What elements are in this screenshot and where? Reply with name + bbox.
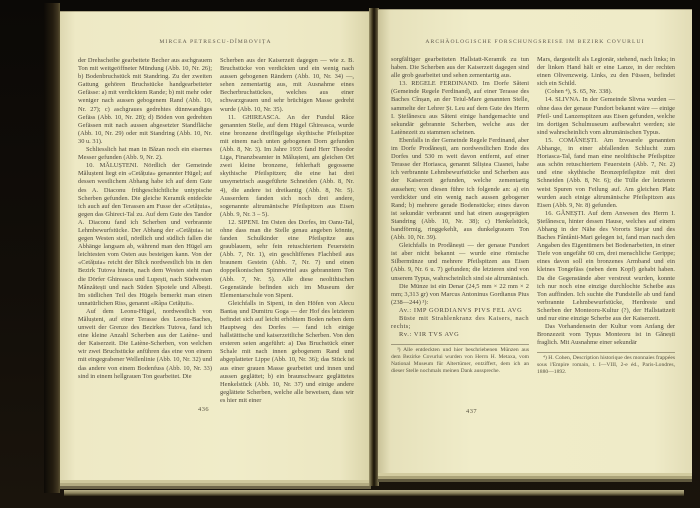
footnote: ⁴) H. Cohen, Description historique des … — [537, 352, 675, 375]
left-page-column-1: der Drehscheibe gearbeitete Becher aus a… — [78, 57, 212, 405]
paragraph: Scherben aus der Kaiserzeit dagegen — wi… — [220, 57, 354, 114]
page-number: 436 — [198, 406, 209, 413]
page-number: 437 — [466, 408, 477, 415]
paragraph: 12. SIPENI. Im Osten des Dorfes, im Oanu… — [220, 219, 354, 300]
footnote: ³) Alle entdeckten und hier beschriebene… — [391, 344, 529, 374]
paragraph: sorgfältiger gearbeiteten Hallstatt-Kera… — [391, 56, 529, 80]
paragraph: Das Vorhandensein der Kultur vom Anfang … — [537, 323, 675, 347]
right-page: ARCHÄOLOGISCHE FORSCHUNGSREISE IM BEZIRK… — [378, 9, 692, 473]
paragraph: Auf dem Leonu-Hügel, nordwestlich von Mă… — [78, 308, 212, 381]
right-page-text-block: sorgfältiger gearbeiteten Hallstatt-Kera… — [391, 56, 676, 376]
paragraph: Die Münze ist ein Denar (24,5 mm × 22 mm… — [391, 283, 529, 307]
paragraph: Ebenfalls in der Gemeinde Regele Ferdina… — [391, 137, 529, 242]
right-page-header: ARCHÄOLOGISCHE FORSCHUNGSREISE IM BEZIRK… — [378, 10, 692, 45]
paragraph: 14. SLIVNA. In der Gemeinde Slivna wurde… — [537, 96, 675, 136]
paragraph: 13. REGELE FERDINAND. Im Dorfe Săteni (G… — [391, 80, 529, 137]
paragraph: 16. GĂNEȘTI. Auf dem Anwesen des Herrn I… — [537, 210, 675, 323]
right-page-column-1: sorgfältiger gearbeiteten Hallstatt-Kera… — [391, 56, 529, 376]
left-page-text-block: der Drehscheibe gearbeitete Becher aus a… — [78, 57, 354, 405]
left-page-header: MIRCEA PETRESCU-DÎMBOVIȚA — [60, 12, 371, 45]
paragraph: Gleichfalls in Sipeni, in den Höfen von … — [220, 300, 354, 405]
right-page-column-2: Mars, dargestellt als Legionär, stehend,… — [537, 56, 675, 376]
paragraph: Mars, dargestellt als Legionär, stehend,… — [537, 56, 675, 88]
paragraph: 15. COMĂNEȘTI. Am Izvoarele genannten Ab… — [537, 137, 675, 210]
coin-legend-line: Büste mit Strahlenkranz des Kaisers, nac… — [391, 315, 529, 331]
paragraph: 10. MĂLUȘTENI. Nördlich der Gemeinde Măl… — [78, 162, 212, 308]
left-page: MIRCEA PETRESCU-DÎMBOVIȚA der Drehscheib… — [60, 11, 371, 480]
paragraph: 11. GHIREASCA. An der Fundul Răce genann… — [220, 114, 354, 219]
scan-background: MIRCEA PETRESCU-DÎMBOVIȚA der Drehscheib… — [0, 0, 700, 508]
left-page-column-2: Scherben aus der Kaiserzeit dagegen — wi… — [220, 57, 354, 405]
book-cover-edge — [44, 3, 60, 493]
coin-legend-line: Rv.: VIR TVS AVG — [391, 331, 529, 339]
sheet-edges — [64, 490, 684, 496]
paragraph: Schliesslich hat man in Băzan noch ein e… — [78, 146, 212, 162]
paragraph: (Cohen ⁴), S. 65, Nr. 338). — [537, 88, 675, 96]
coin-legend-line: Av.: IMP GORDIANVS PIVS FEL AVG — [391, 307, 529, 315]
paragraph: der Drehscheibe gearbeitete Becher aus a… — [78, 57, 212, 146]
paragraph: Gleichfalls in Prodănești — der genaue F… — [391, 242, 529, 282]
